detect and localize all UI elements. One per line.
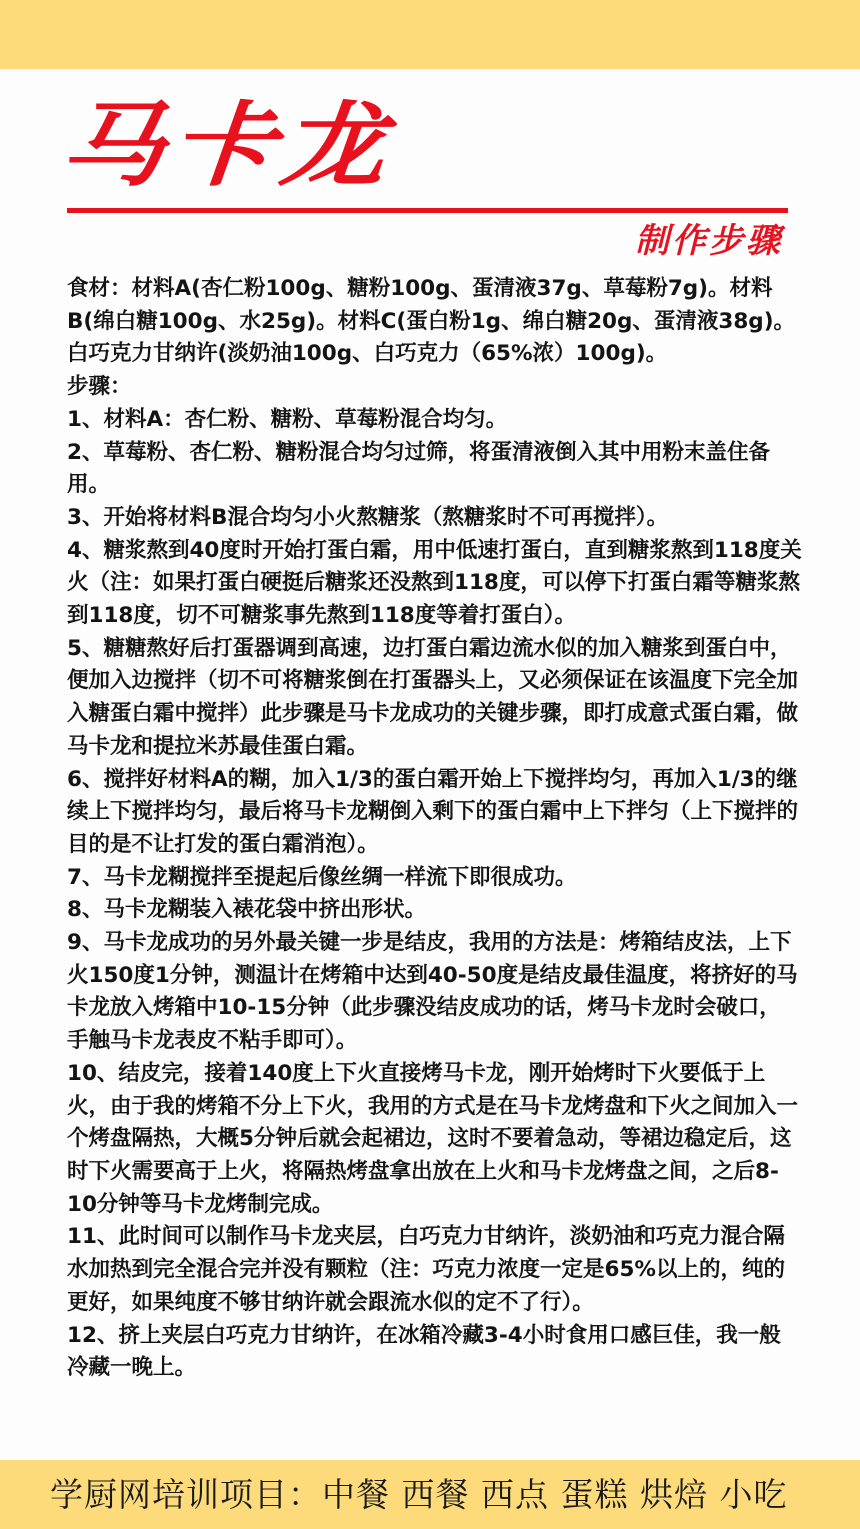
step-item: 4、糖浆熬到40度时开始打蛋白霜，用中低速打蛋白，直到糖浆熬到118度关火（注：… [67, 535, 802, 633]
step-item: 1、材料A：杏仁粉、糖粉、草莓粉混合均匀。 [67, 404, 802, 437]
step-item: 2、草莓粉、杏仁粉、糖粉混合均匀过筛，将蛋清液倒入其中用粉末盖住备用。 [67, 437, 802, 502]
step-item: 7、马卡龙糊搅拌至提起后像丝绸一样流下即很成功。 [67, 862, 802, 895]
footer-text: 学厨网培训项目：中餐 西餐 西点 蛋糕 烘焙 小吃 [50, 1475, 787, 1515]
step-item: 12、挤上夹层白巧克力甘纳许，在冰箱冷藏3-4小时食用口感巨佳，我一般冷藏一晚上… [67, 1320, 802, 1385]
title-divider [67, 208, 788, 213]
step-item: 5、糖糖熬好后打蛋器调到高速，边打蛋白霜边流水似的加入糖浆到蛋白中，便加入边搅拌… [67, 633, 802, 764]
step-item: 10、结皮完，接着140度上下火直接烤马卡龙，刚开始烤时下火要低于上火，由于我的… [67, 1058, 802, 1222]
step-item: 6、搅拌好材料A的糊，加入1/3的蛋白霜开始上下搅拌均匀，再加入1/3的继续上下… [67, 764, 802, 862]
top-banner [0, 0, 860, 69]
steps-heading: 步骤： [67, 371, 802, 404]
ingredients-text: 食材：材料A(杏仁粉100g、糖粉100g、蛋清液37g、草莓粉7g)。材料B(… [67, 273, 802, 371]
step-item: 8、马卡龙糊装入裱花袋中挤出形状。 [67, 894, 802, 927]
page-subtitle: 制作步骤 [635, 220, 783, 262]
page-title: 马卡龙 [57, 96, 394, 195]
recipe-body: 食材：材料A(杏仁粉100g、糖粉100g、蛋清液37g、草莓粉7g)。材料B(… [67, 273, 802, 1385]
step-item: 11、此时间可以制作马卡龙夹层，白巧克力甘纳许，淡奶油和巧克力混合隔水加热到完全… [67, 1221, 802, 1319]
step-item: 9、马卡龙成功的另外最关键一步是结皮，我用的方法是：烤箱结皮法，上下火150度1… [67, 927, 802, 1058]
step-item: 3、开始将材料B混合均匀小火熬糖浆（熬糖浆时不可再搅拌）。 [67, 502, 802, 535]
